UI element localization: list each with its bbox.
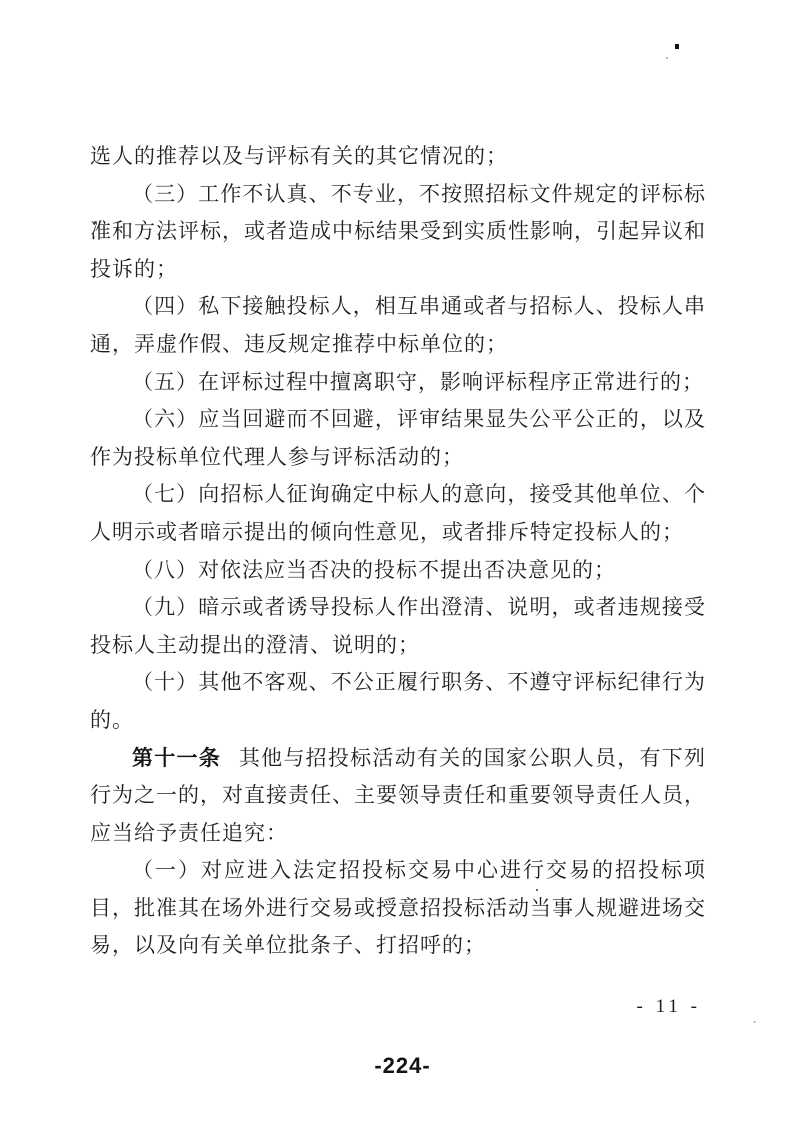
continuation-line: 选人的推荐以及与评标有关的其它情况的； (90, 138, 706, 176)
clause-3: （三）工作不认真、不专业，不按照招标文件规定的评标标准和方法评标，或者造成中标结… (90, 176, 706, 289)
document-body: 选人的推荐以及与评标有关的其它情况的； （三）工作不认真、不专业，不按照招标文件… (90, 138, 706, 965)
scan-speck (666, 57, 668, 59)
scan-speck (94, 221, 97, 224)
scan-speck (536, 889, 538, 891)
page-number-right: - 11 - (637, 996, 701, 1018)
page-number-footer: -224- (374, 1053, 430, 1079)
scan-speck (753, 1021, 756, 1023)
clause-10: （十）其他不客观、不公正履行职务、不遵守评标纪律行为的。 (90, 664, 706, 739)
article-11-paragraph: 第十一条其他与招投标活动有关的国家公职人员，有下列行为之一的，对直接责任、主要领… (90, 740, 706, 853)
article-11-number: 第十一条 (132, 746, 221, 770)
document-page: 选人的推荐以及与评标有关的其它情况的； （三）工作不认真、不专业，不按照招标文件… (0, 0, 793, 1122)
clause-5: （五）在评标过程中擅离职守，影响评标程序正常进行的； (90, 364, 706, 402)
clause-7: （七）向招标人征询确定中标人的意向，接受其他单位、个人明示或者暗示提出的倾向性意… (90, 476, 706, 551)
scan-speck (675, 44, 679, 49)
clause-9: （九）暗示或者诱导投标人作出澄清、说明，或者违规接受投标人主动提出的澄清、说明的… (90, 589, 706, 664)
clause-8: （八）对依法应当否决的投标不提出否决意见的； (90, 552, 706, 590)
clause-4: （四）私下接触投标人，相互串通或者与招标人、投标人串通，弄虚作假、违反规定推荐中… (90, 288, 706, 363)
clause-1: （一）对应进入法定招投标交易中心进行交易的招投标项目，批准其在场外进行交易或授意… (90, 852, 706, 965)
clause-6: （六）应当回避而不回避，评审结果显失公平公正的，以及作为投标单位代理人参与评标活… (90, 401, 706, 476)
